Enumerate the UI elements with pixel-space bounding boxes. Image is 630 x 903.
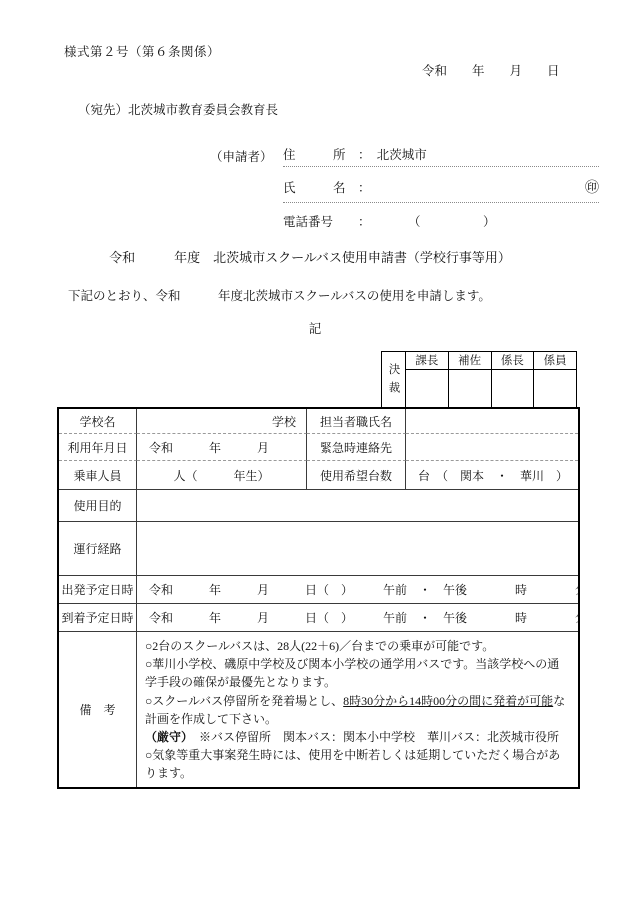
school-name-label: 学校名 <box>59 409 137 434</box>
passengers-label: 乗車人員 <box>59 461 137 490</box>
approval-label: 決裁 <box>382 352 406 407</box>
remark-busstop-detail: ※バス停留所 関本バス：関本小中学校 華川バス：北茨城市役所 <box>187 730 559 744</box>
application-table: 学校名 学校 担当者職氏名 利用年月日 令和 年 月 日（ ） 緊急時連絡先 乗… <box>57 407 580 789</box>
addressee-line: （宛先）北茨城市教育委員会教育長 <box>78 100 278 118</box>
purpose-label: 使用目的 <box>59 490 137 522</box>
application-form-page: 様式第２号（第６条関係） 令和 年 月 日 （宛先）北茨城市教育委員会教育長 （… <box>0 0 630 903</box>
remarks-label: 備 考 <box>59 632 137 787</box>
staff-name-value <box>406 409 578 434</box>
bus-count-value: 台 （ 関本 ・ 華川 ） <box>406 461 578 490</box>
school-name-value: 学校 <box>137 409 307 434</box>
seal-stamp-icon: ㊞ <box>585 182 599 196</box>
table-row-use-date: 利用年月日 令和 年 月 日（ ） 緊急時連絡先 <box>59 434 578 461</box>
approval-col-header: 係長 <box>492 352 534 370</box>
table-row-departure: 出発予定日時 令和 年 月 日（ ） 午前 ・ 午後 時 分 <box>59 576 578 604</box>
departure-label: 出発予定日時 <box>59 576 137 604</box>
arrival-value: 令和 年 月 日（ ） 午前 ・ 午後 時 分 <box>137 604 578 632</box>
table-row-remarks: 備 考 ○2台のスクールバスは、28人(22＋6)／台までの乗車が可能です。 ○… <box>59 632 578 787</box>
route-label: 運行経路 <box>59 522 137 576</box>
remark-line-weather: ○気象等重大事案発生時には、使用を中断若しくは延期していただく場合があります。 <box>145 746 570 782</box>
approval-col-kakarin: 係員 <box>534 352 576 407</box>
arrival-label: 到着予定日時 <box>59 604 137 632</box>
approval-col-header: 係員 <box>534 352 576 370</box>
table-row-purpose: 使用目的 <box>59 490 578 522</box>
passengers-value: 人（ 年生） <box>137 461 307 490</box>
table-row-route: 運行経路 <box>59 522 578 576</box>
phone-field-text: 電話番号 ： （ ） <box>283 212 496 230</box>
ki-heading: 記 <box>0 319 630 337</box>
purpose-value <box>137 490 578 522</box>
approval-columns: 課長 補佐 係長 係員 <box>406 352 576 407</box>
emergency-contact-label: 緊急時連絡先 <box>307 434 406 461</box>
table-row-school: 学校名 学校 担当者職氏名 <box>59 409 578 434</box>
approval-col-hosa: 補佐 <box>449 352 492 407</box>
intro-sentence: 下記のとおり、令和 年度北茨城市スクールバスの使用を申請します。 <box>68 286 491 304</box>
approval-stamp-cell <box>406 370 448 407</box>
departure-value: 令和 年 月 日（ ） 午前 ・ 午後 時 分 <box>137 576 578 604</box>
applicant-block: （申請者） 住 所 ： 北茨城市 氏 名 ： ㊞ 電話番号 ： （ ） <box>210 144 599 234</box>
use-date-label: 利用年月日 <box>59 434 137 461</box>
approval-col-kacho: 課長 <box>406 352 449 407</box>
address-field-text: 住 所 ： 北茨城市 <box>283 145 427 163</box>
applicant-fields: 住 所 ： 北茨城市 氏 名 ： ㊞ 電話番号 ： （ ） <box>283 144 599 234</box>
table-row-passengers: 乗車人員 人（ 年生） 使用希望台数 台 （ 関本 ・ 華川 ） <box>59 461 578 490</box>
document-title: 令和 年度 北茨城市スクールバス使用申請書（学校行事等用） <box>0 247 620 266</box>
remarks-content: ○2台のスクールバスは、28人(22＋6)／台までの乗車が可能です。 ○華川小学… <box>137 632 578 787</box>
address-field-row: 住 所 ： 北茨城市 <box>283 144 599 167</box>
approval-stamp-cell <box>492 370 534 407</box>
remark-line-schedule: ○スクールバス停留所を発着場とし、8時30分から14時00分の間に発着が可能な計… <box>145 692 570 728</box>
phone-field-row: 電話番号 ： （ ） <box>283 203 599 234</box>
route-value <box>137 522 578 576</box>
name-field-text: 氏 名 ： <box>283 178 371 196</box>
remark-line-capacity: ○2台のスクールバスは、28人(22＋6)／台までの乗車が可能です。 <box>145 637 570 655</box>
emergency-contact-value <box>406 434 578 461</box>
approval-stamp-cell <box>449 370 491 407</box>
approval-col-header: 課長 <box>406 352 448 370</box>
name-field-row: 氏 名 ： ㊞ <box>283 167 599 203</box>
approval-col-kakaricho: 係長 <box>492 352 535 407</box>
approval-stamp-box: 決裁 課長 補佐 係長 係員 <box>381 351 577 407</box>
use-date-value: 令和 年 月 日（ ） <box>137 434 307 461</box>
staff-name-label: 担当者職氏名 <box>307 409 406 434</box>
remark-line-busstops: （厳守） ※バス停留所 関本バス：関本小中学校 華川バス：北茨城市役所 <box>145 728 570 746</box>
bus-count-label: 使用希望台数 <box>307 461 406 490</box>
approval-stamp-cell <box>534 370 576 407</box>
applicant-label: （申請者） <box>210 144 283 234</box>
approval-col-header: 補佐 <box>449 352 491 370</box>
table-row-arrival: 到着予定日時 令和 年 月 日（ ） 午前 ・ 午後 時 分 <box>59 604 578 632</box>
issue-date-line: 令和 年 月 日 <box>422 61 560 79</box>
form-number: 様式第２号（第６条関係） <box>64 42 220 60</box>
remark-line-priority: ○華川小学校、磯原中学校及び関本小学校の通学用バスです。当該学校への通学手段の確… <box>145 655 570 691</box>
remark-strict-label: （厳守） <box>145 730 187 744</box>
remark-schedule-underlined: 8時30分から14時00分の間に発着が可能 <box>343 694 553 708</box>
remark-schedule-pre: ○スクールバス停留所を発着場とし、 <box>145 694 343 708</box>
